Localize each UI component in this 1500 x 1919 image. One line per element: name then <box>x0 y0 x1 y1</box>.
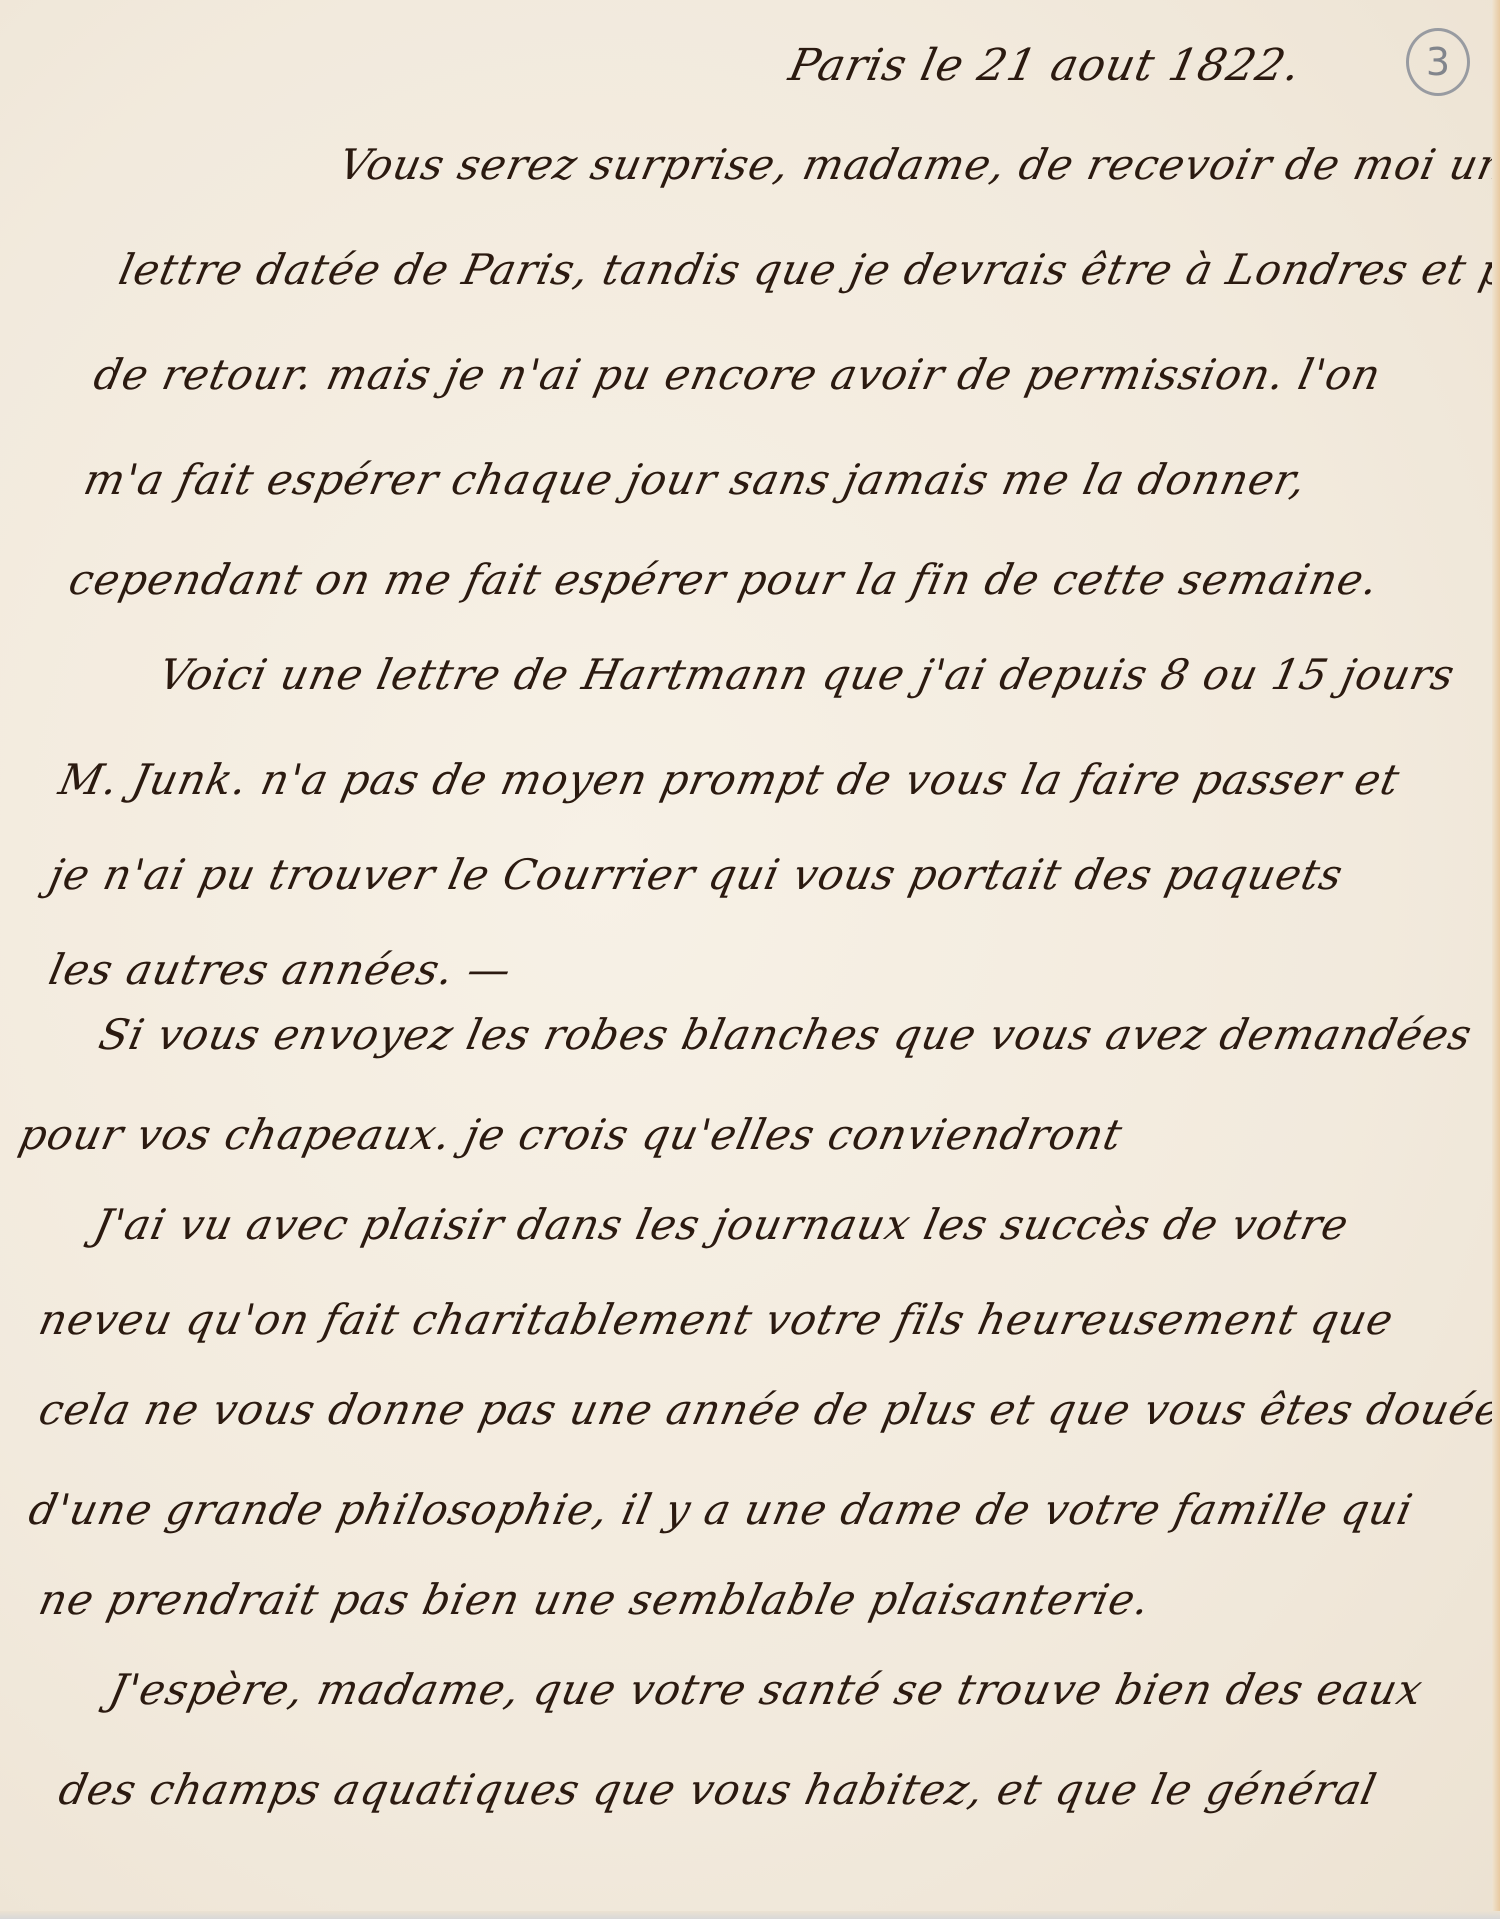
letter-line-7: M. Junk. n'a pas de moyen prompt de vous… <box>55 755 1405 804</box>
folio-number-stamp: 3 <box>1406 28 1470 96</box>
letter-line-13: neveu qu'on fait charitablement votre fi… <box>35 1295 1398 1344</box>
letter-line-12: J'ai vu avec plaisir dans les journaux l… <box>90 1200 1354 1249</box>
letter-line-1: Vous serez surprise, madame, de recevoir… <box>335 140 1500 189</box>
letter-line-5: cependant on me fait espérer pour la fin… <box>65 555 1384 604</box>
letter-line-9: les autres années. — <box>45 945 517 994</box>
letter-line-18: des champs aquatiques que vous habitez, … <box>55 1765 1381 1814</box>
paper-edge-bottom <box>0 1911 1500 1919</box>
letter-line-10: Si vous envoyez les robes blanches que v… <box>95 1010 1477 1059</box>
letter-page: 3 Paris le 21 aout 1822. Vous serez surp… <box>0 0 1500 1919</box>
paper-edge-right <box>1492 0 1500 1919</box>
folio-number: 3 <box>1426 40 1450 84</box>
bleed-through-text <box>116 150 136 194</box>
letter-line-17: J'espère, madame, que votre santé se tro… <box>105 1665 1428 1714</box>
letter-line-4: m'a fait espérer chaque jour sans jamais… <box>80 455 1311 504</box>
dateline: Paris le 21 aout 1822. <box>785 40 1306 91</box>
letter-line-11: pour vos chapeaux. je crois qu'elles con… <box>15 1110 1127 1159</box>
letter-line-14: cela ne vous donne pas une année de plus… <box>35 1385 1500 1434</box>
letter-line-8: je n'ai pu trouver le Courrier qui vous … <box>45 850 1348 899</box>
letter-line-15: d'une grande philosophie, il y a une dam… <box>25 1485 1418 1534</box>
letter-line-6: Voici une lettre de Hartmann que j'ai de… <box>155 650 1460 699</box>
letter-line-2: lettre datée de Paris, tandis que je dev… <box>115 245 1500 294</box>
letter-line-3: de retour. mais je n'ai pu encore avoir … <box>90 350 1386 399</box>
letter-line-16: ne prendrait pas bien une semblable plai… <box>35 1575 1155 1624</box>
